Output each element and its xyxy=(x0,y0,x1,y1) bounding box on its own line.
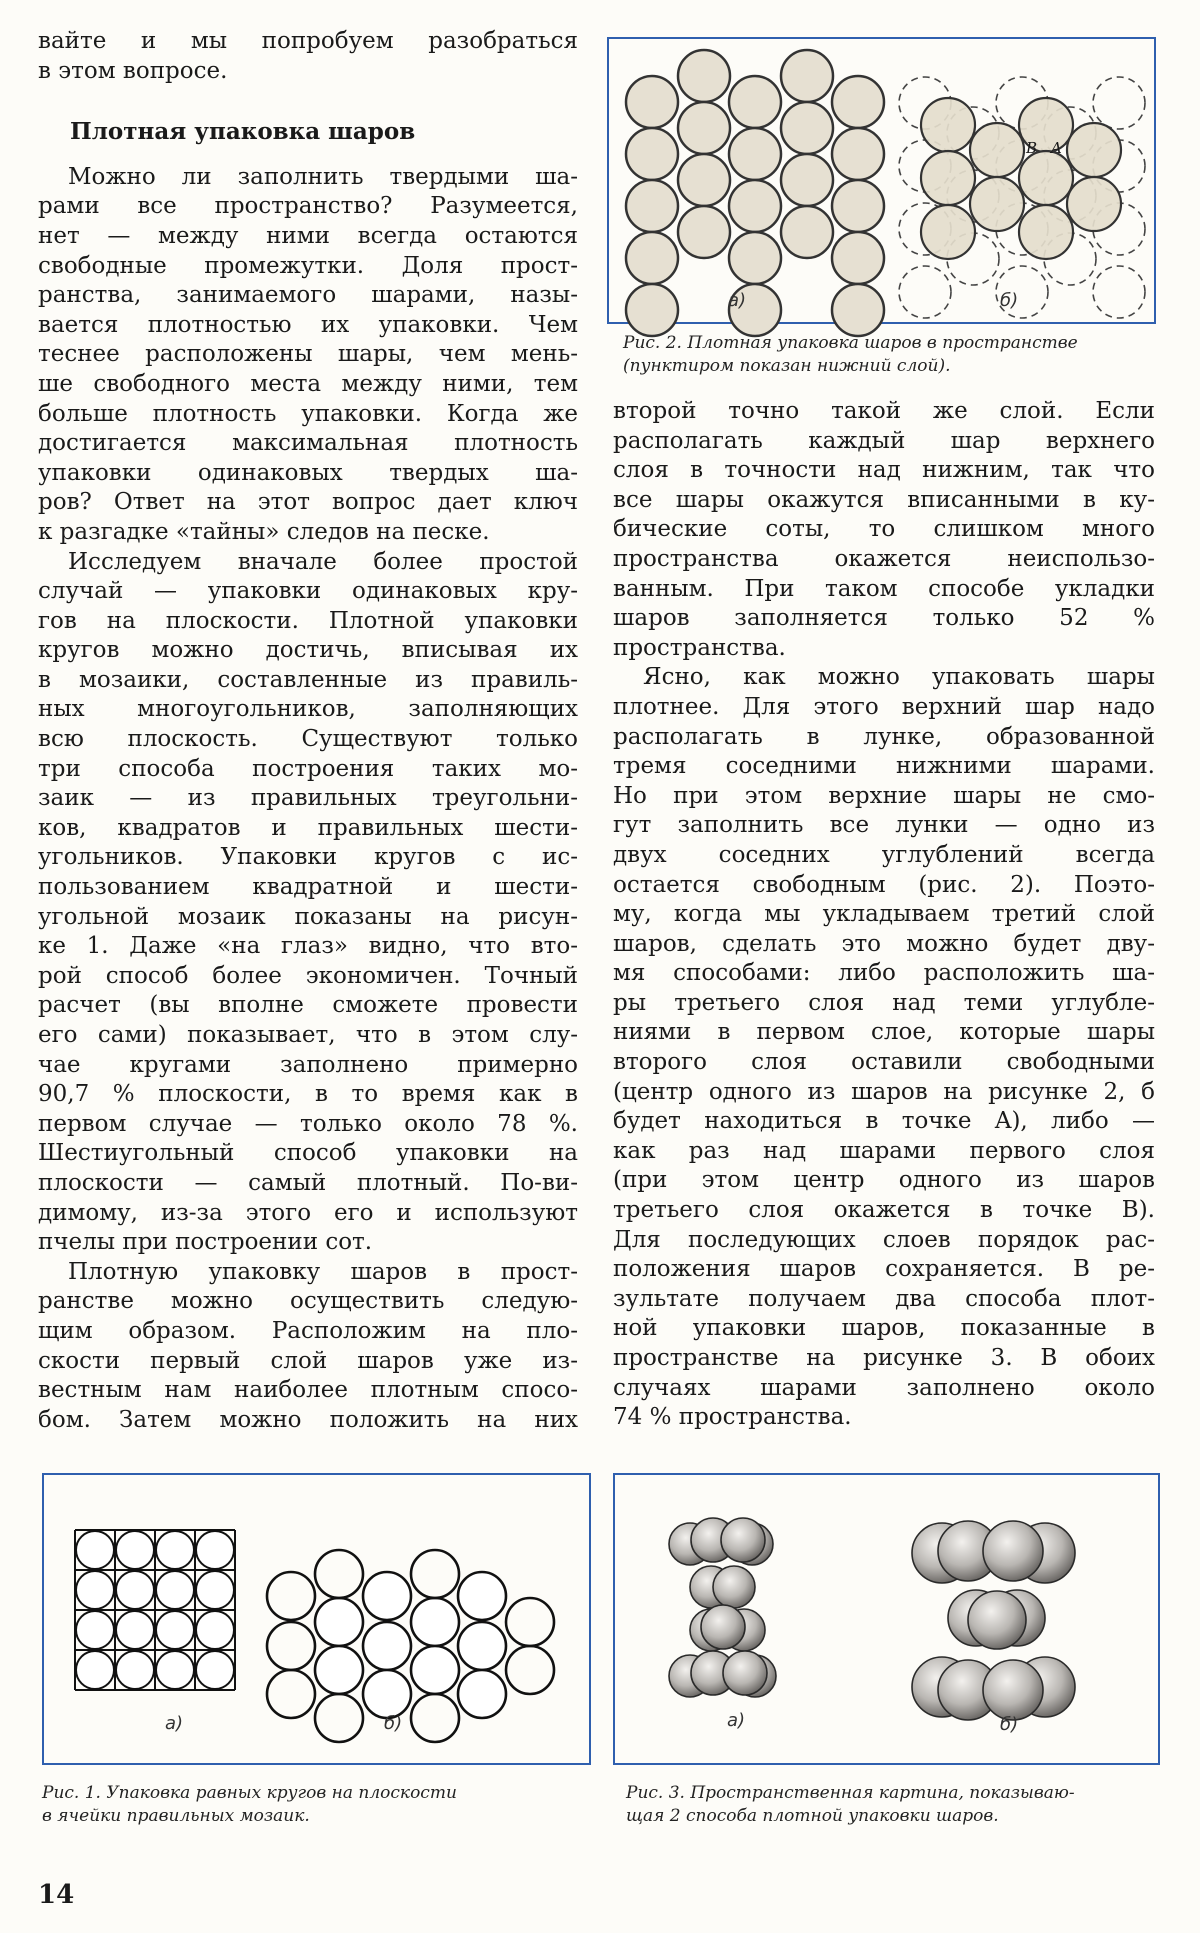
caption-line: Рис. 3. Пространственная картина, показы… xyxy=(626,1782,1186,1805)
circle-shape xyxy=(721,1518,765,1562)
caption-line: щая 2 способа плотной упаковки шаров. xyxy=(626,1805,1186,1828)
page-number: 14 xyxy=(38,1880,74,1910)
figure-3-caption: Рис. 3. Пространственная картина, показы… xyxy=(626,1782,1186,1828)
circle-shape xyxy=(713,1566,755,1608)
figure-3-sphere-stacks xyxy=(0,0,1200,1933)
circle-shape xyxy=(723,1651,767,1695)
circle-shape xyxy=(968,1591,1026,1649)
figure-3b-label: б) xyxy=(1000,1714,1018,1735)
circle-shape xyxy=(701,1605,745,1649)
circle-shape xyxy=(983,1521,1043,1581)
figure-3a-label: а) xyxy=(727,1710,745,1731)
circle-shape xyxy=(983,1660,1043,1720)
